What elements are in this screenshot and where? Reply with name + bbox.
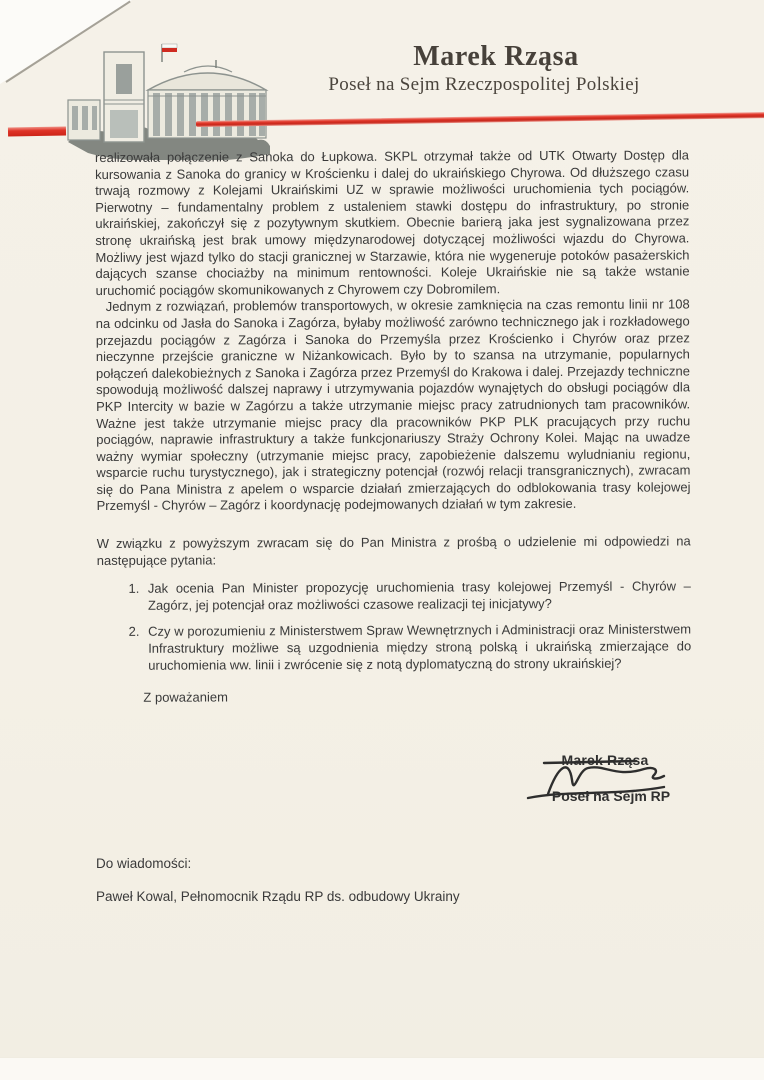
cc-block: Do wiadomości: Paweł Kowal, Pełnomocnik …	[96, 855, 460, 905]
signature-printed-title: Poseł na Sejm RP	[504, 788, 718, 804]
question-item-1: Jak ocenia Pan Minister propozycję uruch…	[143, 579, 691, 615]
letterhead-red-rule	[196, 112, 764, 127]
cc-label: Do wiadomości:	[96, 855, 460, 872]
signature-block: Marek Rząsa Poseł na Sejm RP	[498, 748, 712, 812]
question-item-2: Czy w porozumieniu z Ministerstwem Spraw…	[143, 622, 691, 674]
paragraph-1: realizowała połączenie z Sanoka do Łupko…	[95, 147, 690, 299]
letter-body: realizowała połączenie z Sanoka do Łupko…	[95, 147, 691, 706]
paragraph-2: Jednym z rozwiązań, problemów transporto…	[96, 297, 691, 515]
letter-page: Marek Rząsa Poseł na Sejm Rzeczpospolite…	[0, 0, 764, 1080]
cc-recipient: Paweł Kowal, Pełnomocnik Rządu RP ds. od…	[96, 888, 460, 905]
questions-list: Jak ocenia Pan Minister propozycję uruch…	[97, 579, 691, 675]
sejm-building-icon	[66, 38, 274, 160]
scan-bottom-edge	[0, 1057, 764, 1080]
letterhead-red-rule-left	[8, 126, 66, 136]
closing-salutation: Z poważaniem	[143, 688, 691, 707]
polish-flag-icon	[162, 44, 177, 62]
paragraph-3: W związku z powyższym zwracam się do Pan…	[97, 533, 691, 569]
letterhead-title: Poseł na Sejm Rzeczpospolitej Polskiej	[328, 74, 639, 96]
letterhead-name: Marek Rząsa	[413, 41, 579, 73]
